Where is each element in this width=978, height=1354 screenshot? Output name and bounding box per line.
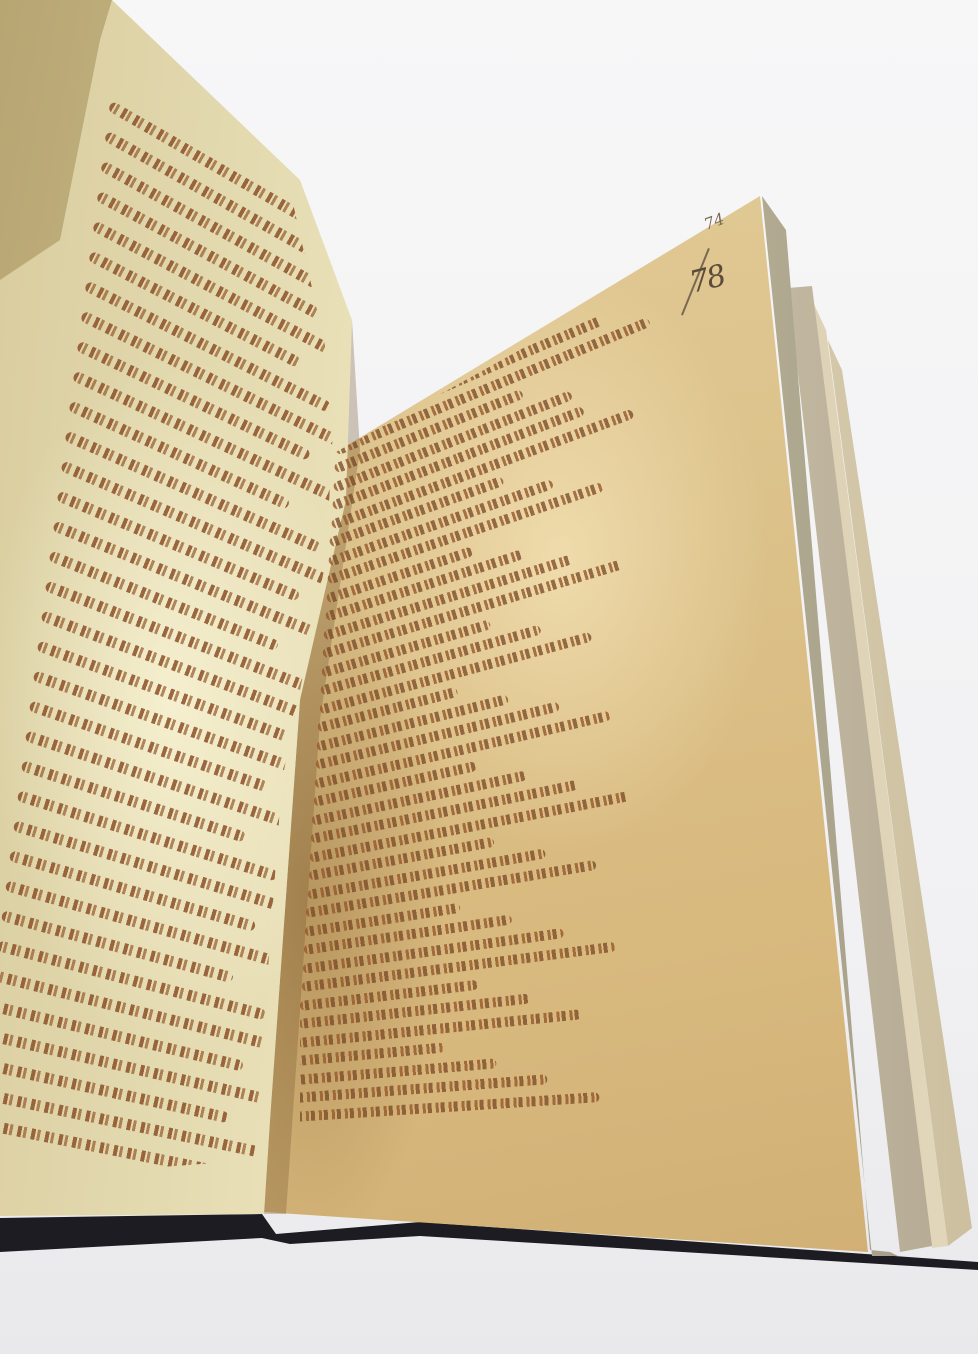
script-line [334,316,651,455]
script-line [87,251,301,368]
script-line [76,341,312,462]
script-line [296,1042,444,1066]
